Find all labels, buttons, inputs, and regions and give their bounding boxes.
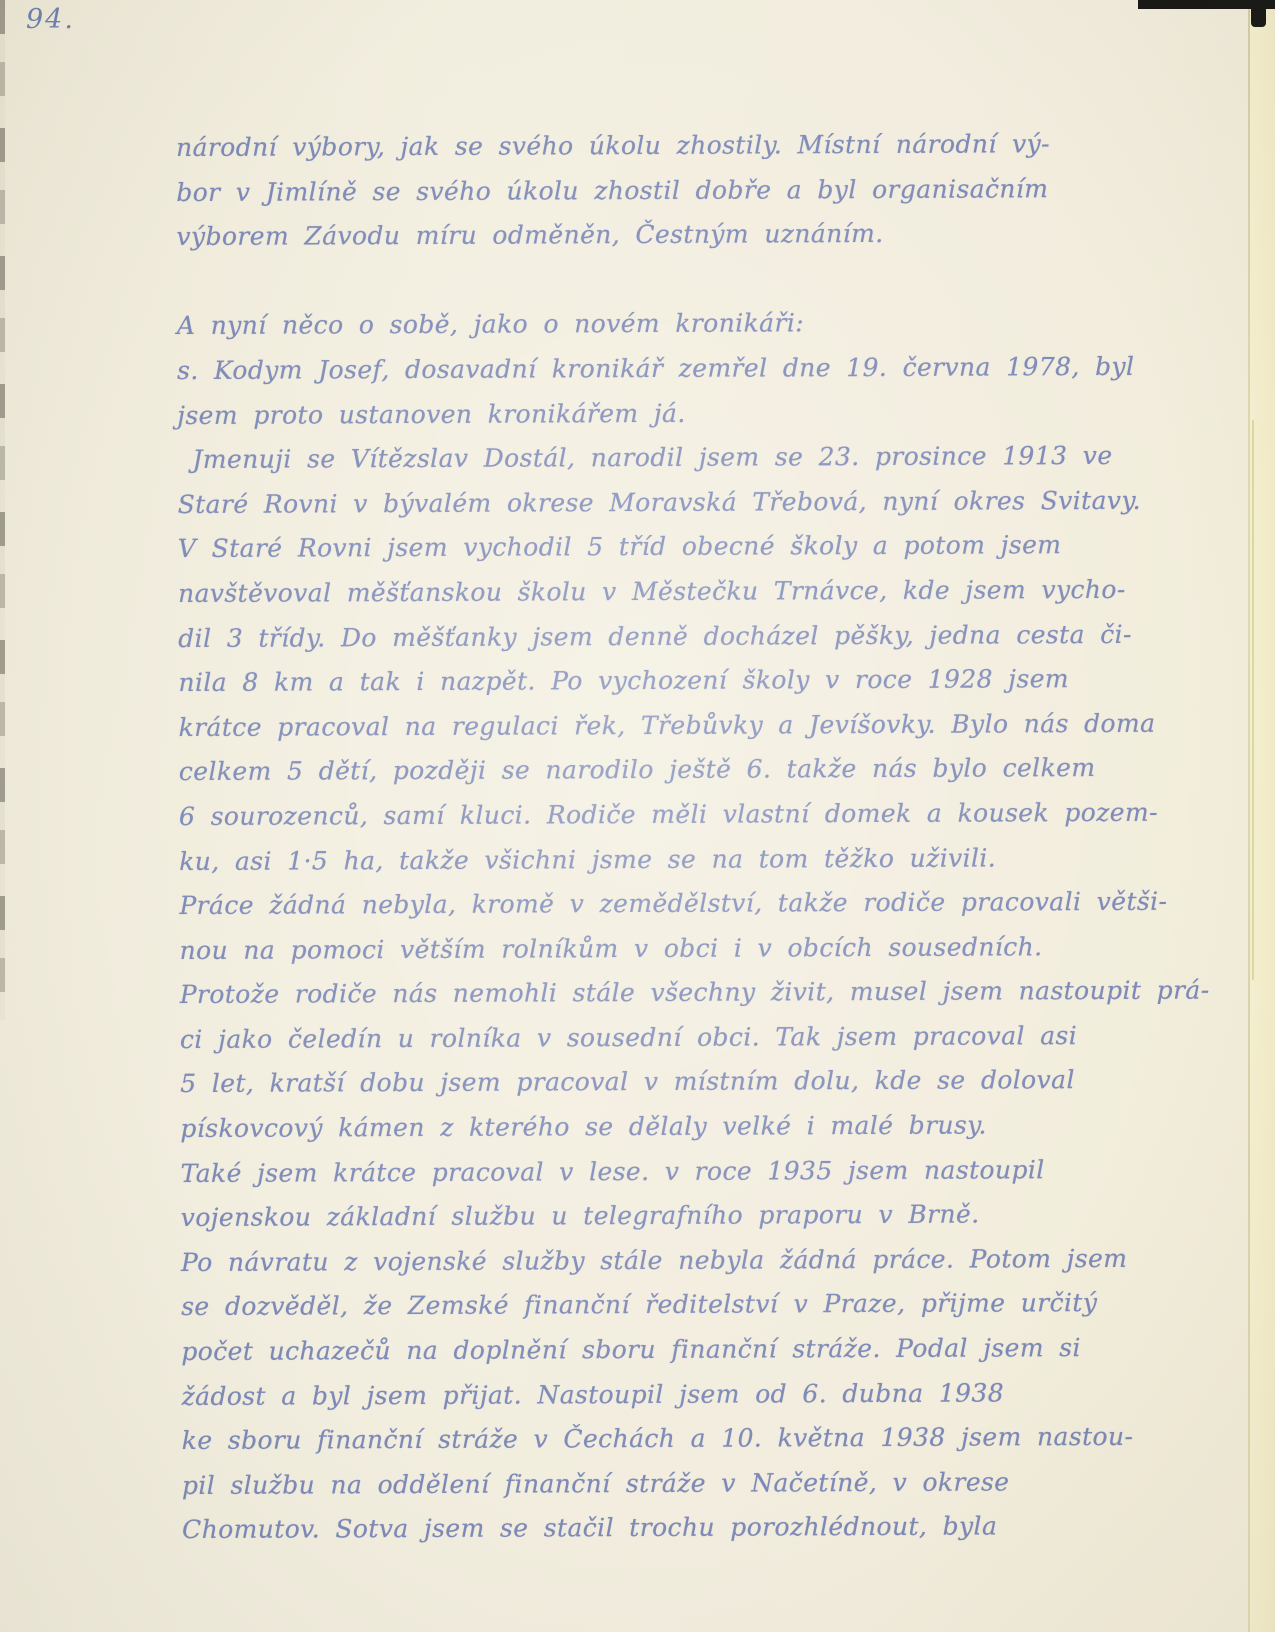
handwritten-line: 5 let, kratší dobu jsem pracoval v místn… [180, 1058, 1190, 1107]
page-edge-tint [1252, 420, 1254, 980]
handwritten-line: nou na pomoci větším rolníkům v obci i v… [180, 924, 1190, 973]
page-crease [1248, 0, 1250, 1632]
handwritten-line: pískovcový kámen z kterého se dělaly vel… [180, 1103, 1190, 1152]
blank-line [177, 255, 1187, 304]
handwritten-line: žádost a byl jsem přijat. Nastoupil jsem… [181, 1370, 1191, 1419]
handwritten-line: Jmenuji se Vítězslav Dostál, narodil jse… [177, 434, 1187, 483]
handwritten-line: vojenskou základní službu u telegrafního… [181, 1192, 1191, 1241]
handwritten-line: Také jsem krátce pracoval v lese. v roce… [180, 1147, 1190, 1196]
handwritten-line: počet uchazečů na doplnění sboru finančn… [181, 1326, 1191, 1375]
handwritten-line: A nyní něco o sobě, jako o novém kroniká… [177, 300, 1187, 349]
handwritten-line: s. Kodym Josef, dosavadní kronikář zemře… [177, 345, 1187, 394]
handwritten-line: bor v Jimlíně se svého úkolu zhostil dob… [176, 166, 1186, 215]
handwritten-line: ke sboru finanční stráže v Čechách a 10.… [182, 1415, 1192, 1464]
handwritten-line: ku, asi 1·5 ha, takže všichni jsme se na… [179, 835, 1189, 884]
handwritten-line: ci jako čeledín u rolníka v sousední obc… [180, 1013, 1190, 1062]
handwritten-line: V Staré Rovni jsem vychodil 5 tříd obecn… [178, 523, 1188, 572]
handwritten-line: národní výbory, jak se svého úkolu zhost… [176, 122, 1186, 171]
handwritten-line: jsem proto ustanoven kronikářem já. [177, 389, 1187, 438]
handwritten-line: Po návratu z vojenské služby stále nebyl… [181, 1236, 1191, 1285]
handwritten-line: se dozvěděl, že Zemské finanční ředitels… [181, 1281, 1191, 1330]
handwritten-line: dil 3 třídy. Do měšťanky jsem denně doch… [178, 612, 1188, 661]
handwritten-line: Práce žádná nebyla, kromě v zemědělství,… [179, 880, 1189, 929]
page-number: 94. [26, 4, 75, 35]
handwritten-line: 6 sourozenců, samí kluci. Rodiče měli vl… [179, 790, 1189, 839]
handwritten-line: Staré Rovni v bývalém okrese Moravská Tř… [178, 478, 1188, 527]
scanned-page: 94. národní výbory, jak se svého úkolu z… [0, 0, 1275, 1632]
handwritten-line: pil službu na oddělení finanční stráže v… [182, 1459, 1192, 1508]
handwritten-line: Chomutov. Sotva jsem se stačil trochu po… [182, 1504, 1192, 1553]
handwritten-line: krátce pracoval na regulaci řek, Třebůvk… [179, 701, 1189, 750]
handwritten-line: nila 8 km a tak i nazpět. Po vychození š… [178, 657, 1188, 706]
handwritten-text-block: národní výbory, jak se svého úkolu zhost… [176, 122, 1192, 1553]
handwritten-line: navštěvoval měšťanskou školu v Městečku … [178, 568, 1188, 617]
scanner-background-corner [1251, 0, 1266, 27]
left-binding-edge [0, 0, 5, 1020]
handwritten-line: celkem 5 dětí, později se narodilo ještě… [179, 746, 1189, 795]
right-page-edge [1250, 0, 1275, 1632]
handwritten-line: výborem Závodu míru odměněn, Čestným uzn… [176, 211, 1186, 260]
handwritten-line: Protože rodiče nás nemohli stále všechny… [180, 969, 1190, 1018]
